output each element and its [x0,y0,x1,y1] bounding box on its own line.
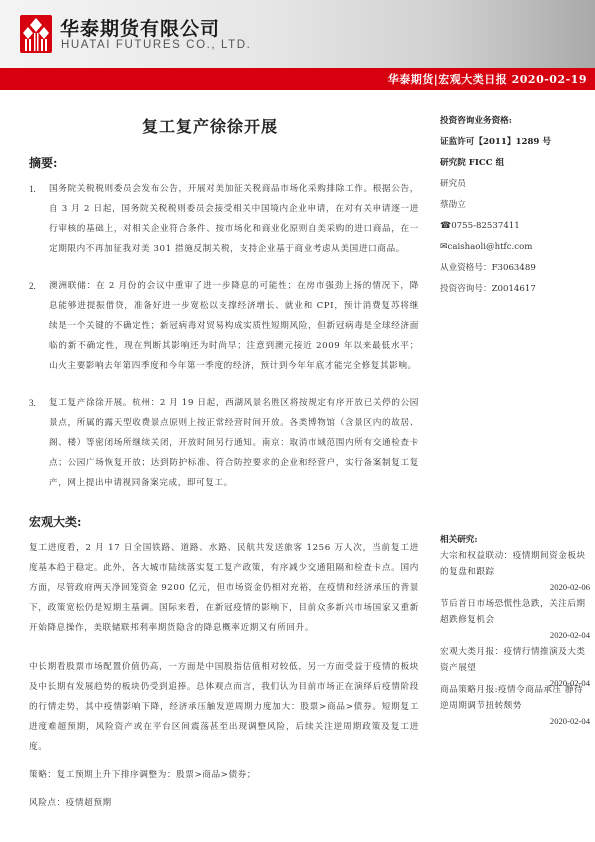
report-banner-text: 华泰期货|宏观大类日报 2020-02-19 [388,71,587,87]
huatai-logo-icon [20,15,52,53]
email-row[interactable]: ✉caishaoli@htfc.com [440,237,590,258]
list-text: 国务院关税税则委员会发布公告，开展对美加征关税商品市场化采购排除工作。根据公告，… [49,179,419,259]
analyst-name: 蔡劭立 [440,195,590,216]
list-number: 1. [29,184,36,194]
list-text: 澳洲联储：在 2 月份的会议中重审了进一步降息的可能性；在房市强劲上扬的情况下，… [49,276,419,376]
macro-paragraph-2: 中长期看股票市场配置价值仍高，一方面是中国股指估值相对较低，另一方面受益于疫情的… [29,657,419,757]
related-title[interactable]: 大宗和权益联动：疫情期间资金板块的复盘和跟踪 [440,548,590,580]
related-date: 2020-02-04 [440,714,590,728]
related-date: 2020-02-04 [440,628,590,642]
related-item[interactable]: 商品策略月报:疫情令商品承压 静待逆周期调节扭转颓势 2020-02-04 [440,682,590,728]
list-number: 2. [29,281,36,291]
phone-row: ☎0755-82537411 [440,216,590,237]
qualification-label: 投资咨询业务资格: [440,111,590,132]
related-item[interactable]: 节后首日市场恐慌性急跌，关注后期超跌修复机会 2020-02-04 [440,596,590,642]
related-date: 2020-02-06 [440,580,590,594]
related-title[interactable]: 商品策略月报:疫情令商品承压 静待逆周期调节扭转颓势 [440,682,590,714]
header-band: 华泰期货有限公司 HUATAI FUTURES CO., LTD. [0,0,595,68]
analyst-role: 研究员 [440,174,590,195]
email-icon: ✉ [440,242,448,252]
list-text: 复工复产徐徐开展。杭州：2 月 19 日起，西湖风景名胜区将按规定有序开放已关停… [49,393,419,493]
macro-paragraph-1: 复工进度看，2 月 17 日全国铁路、道路、水路、民航共发送旅客 1256 万人… [29,538,419,638]
related-title[interactable]: 宏观大类月报：疫情行情推演及大类资产展望 [440,644,590,676]
cert-number: 从业资格号：F3063489 [440,258,590,279]
macro-heading: 宏观大类: [29,513,81,530]
related-heading: 相关研究: [440,533,478,545]
report-banner: 华泰期货|宏观大类日报 2020-02-19 [0,68,595,90]
page-title: 复工复产徐徐开展 [0,114,420,137]
strategy-line: 策略：复工预期上升下排序调整为：股票>商品>债券； [29,765,419,785]
advisory-number: 投资咨询号：Z0014617 [440,279,590,300]
related-item[interactable]: 大宗和权益联动：疫情期间资金板块的复盘和跟踪 2020-02-06 [440,548,590,594]
company-name-cn: 华泰期货有限公司 [60,14,220,41]
company-name-en: HUATAI FUTURES CO., LTD. [61,39,251,51]
list-number: 3. [29,398,36,408]
phone-icon: ☎ [440,221,451,231]
email-link[interactable]: caishaoli@htfc.com [448,242,533,252]
license-number: 证监许可【2011】1289 号 [440,132,590,153]
phone-number: 0755-82537411 [451,221,520,231]
analyst-info: 投资咨询业务资格: 证监许可【2011】1289 号 研究院 FICC 组 研究… [440,111,590,300]
related-title[interactable]: 节后首日市场恐慌性急跌，关注后期超跌修复机会 [440,596,590,628]
abstract-heading: 摘要: [29,154,57,171]
risk-line: 风险点：疫情超预期 [29,793,419,813]
department: 研究院 FICC 组 [440,153,590,174]
